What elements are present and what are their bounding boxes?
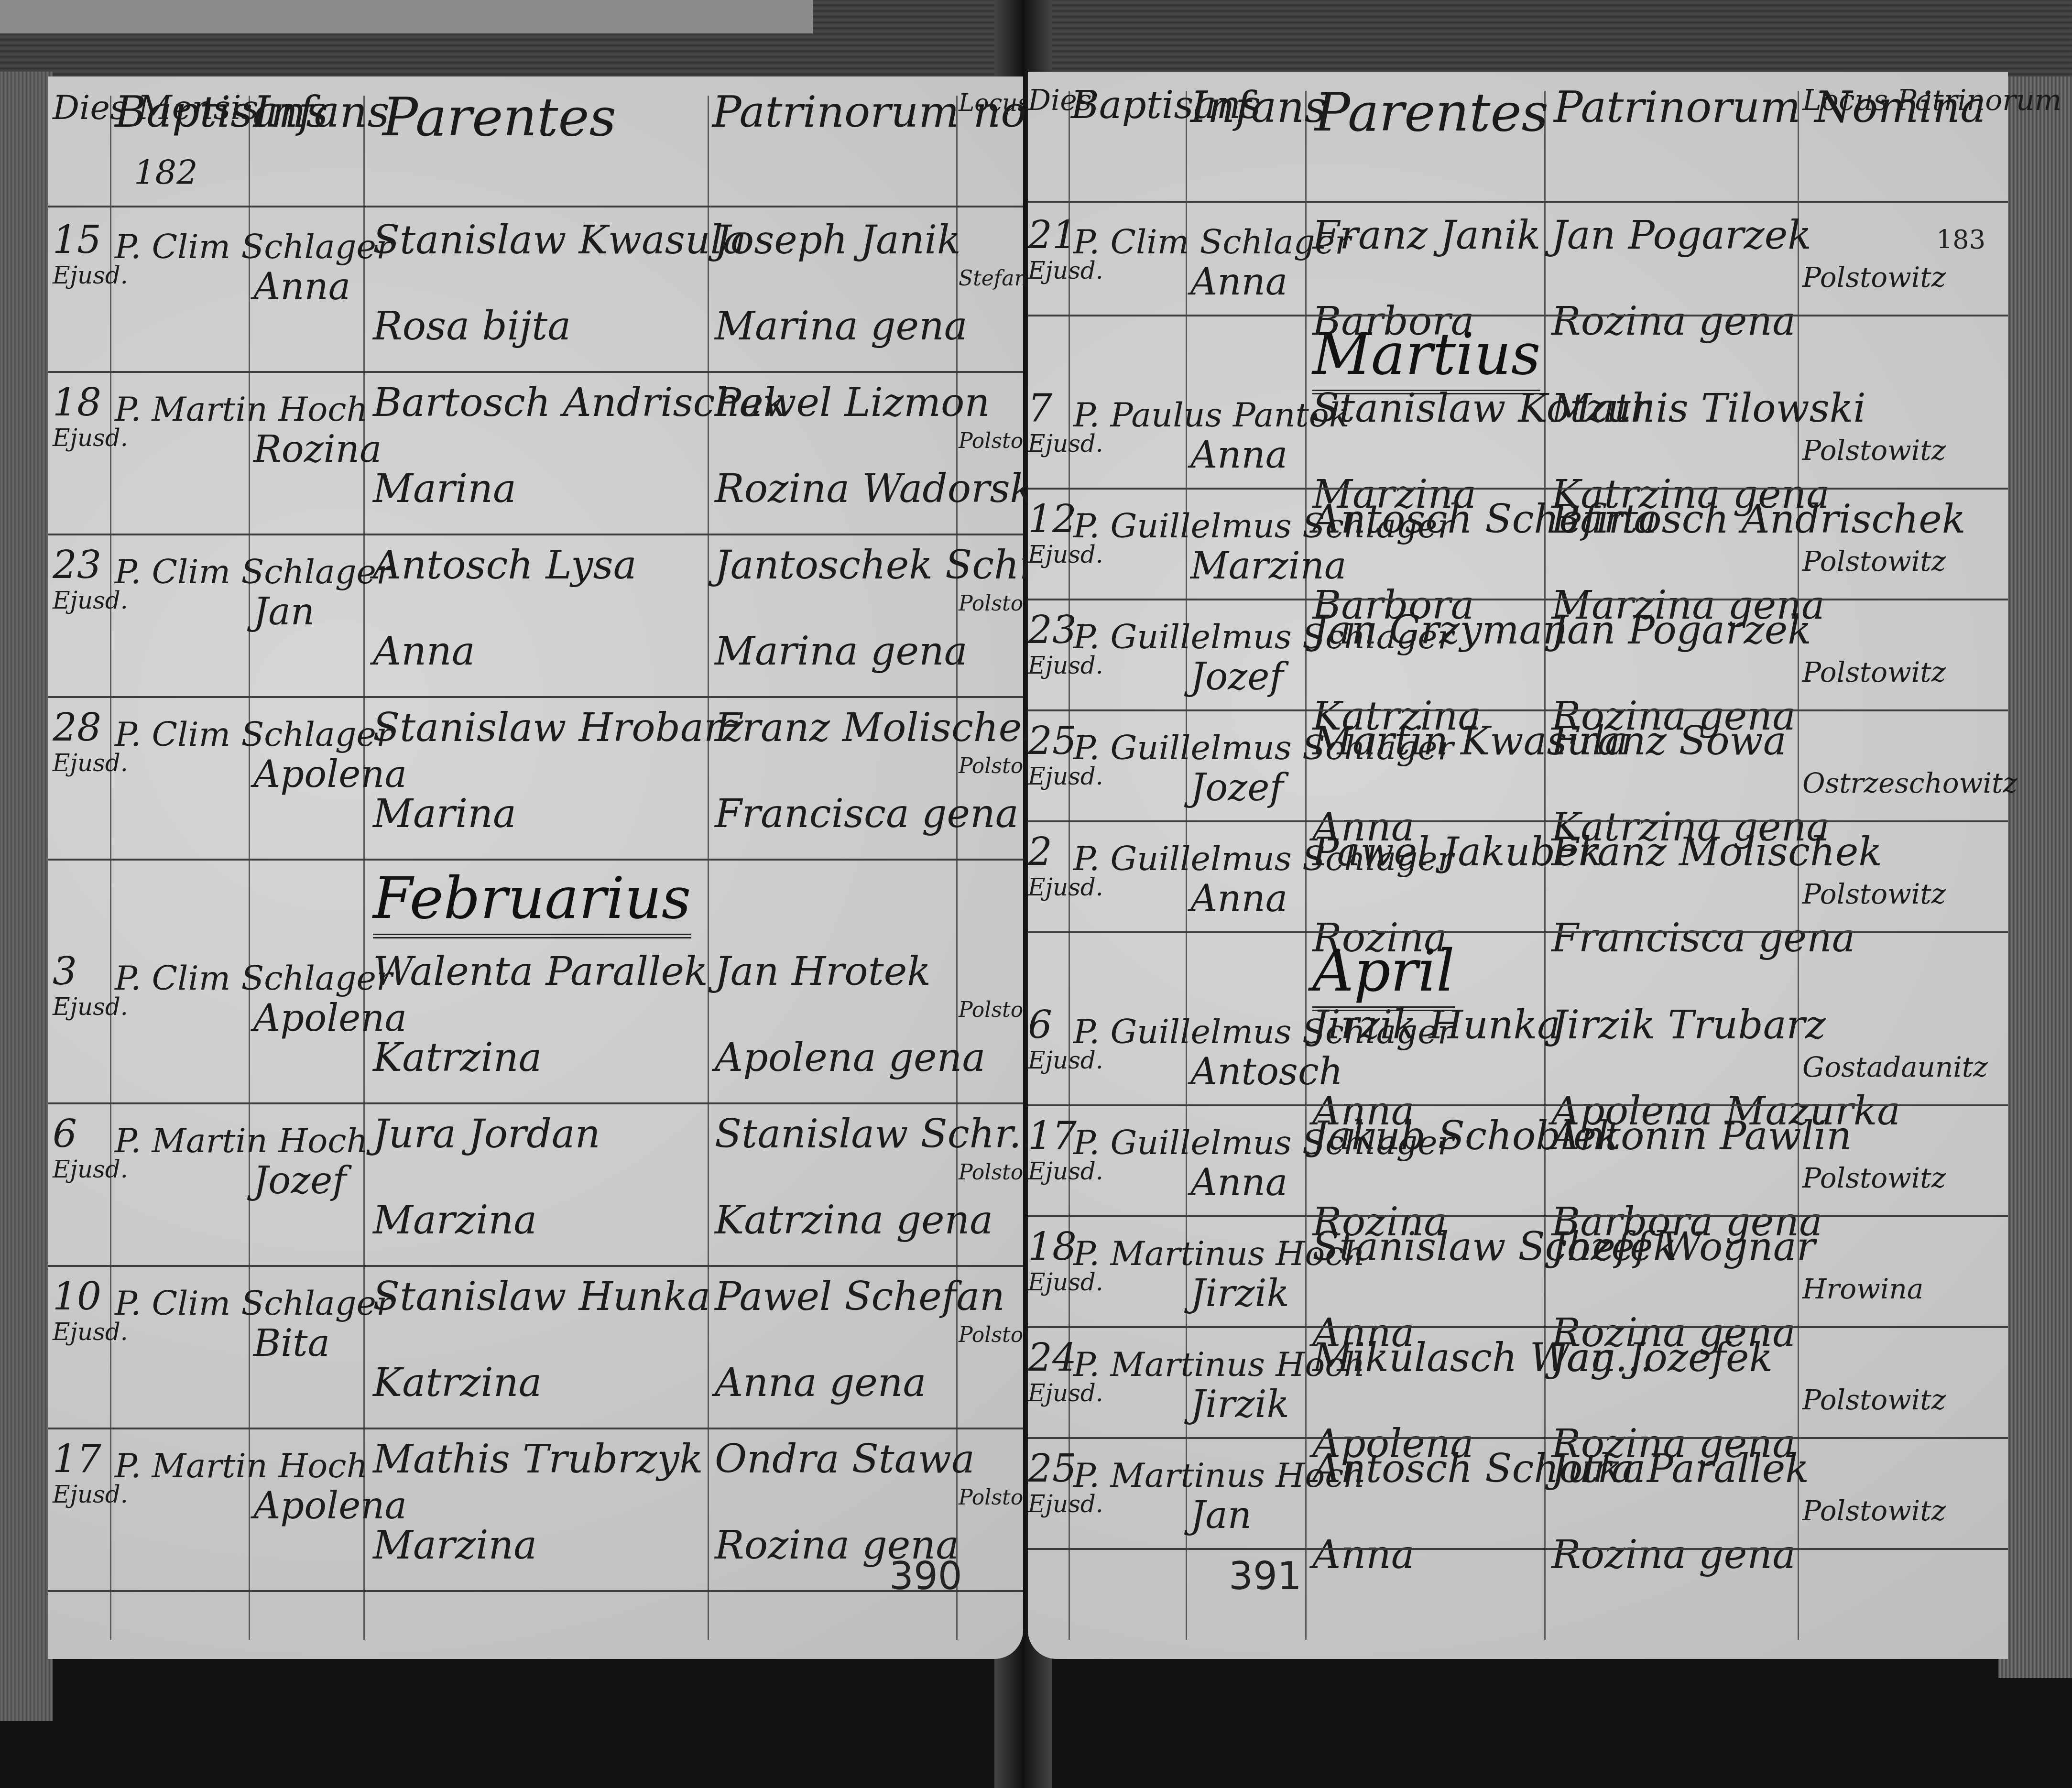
entry-father: Stanislaw Hunka — [373, 1276, 710, 1318]
entry-baptisans: P. Paulus Pantok — [1073, 398, 1349, 433]
entry-godparent-2: Marina gena — [715, 631, 968, 672]
row-rule — [48, 206, 1023, 207]
entry-godparent-2: Apolena gena — [715, 1037, 985, 1079]
entry-month: Ejusd. — [1028, 1270, 1103, 1295]
entry-baptisans: P. Martin Hoch — [115, 392, 368, 427]
register-entry: 25Ejusd.P. Martinus HochJanAntosch Schot… — [1028, 1439, 2008, 1550]
entry-baptisans: P. Clim Schlager — [115, 229, 392, 265]
entry-godparent-1: Stanislaw Schr... — [715, 1114, 1047, 1155]
entry-mother: Anna — [373, 631, 475, 672]
entry-date: 10 — [53, 1276, 101, 1317]
entry-infant: Jan — [253, 593, 315, 632]
entry-infant: Apolena — [253, 755, 407, 795]
book-fore-edge-right — [1998, 76, 2072, 1678]
entry-godparent-2: Anna gena — [715, 1363, 927, 1404]
row-rule — [1028, 1548, 2008, 1550]
entry-infant: Jozef — [1190, 769, 1283, 808]
register-entry: 7Ejusd.P. Paulus PantokAnnaStanislaw Kot… — [1028, 379, 2008, 490]
row-rule — [1028, 201, 2008, 203]
register-entry: 3Ejusd.P. Clim SchlagerApolenaWalenta Pa… — [48, 942, 1023, 1104]
entry-date: 25 — [1028, 721, 1077, 761]
entry-date: 3 — [53, 951, 77, 992]
entry-godparent-1: Joseph Janik — [715, 220, 961, 261]
entry-locus: Gostadaunitz — [1802, 1053, 1988, 1082]
entry-baptisans: P. Clim Schlager — [115, 555, 392, 590]
entry-month: Ejusd. — [1028, 1048, 1103, 1073]
entry-month: Ejusd. — [53, 1157, 128, 1182]
entry-date: 18 — [53, 382, 101, 423]
entry-godparent-1: Jan Jozefek — [1551, 1338, 1773, 1379]
entry-month: Ejusd. — [1028, 431, 1103, 457]
entry-godparent-1: Pawel Schefan — [715, 1276, 1005, 1318]
entry-infant: Marzina — [1190, 547, 1346, 586]
entry-godparent-2: Rozina gena — [1551, 301, 1796, 342]
entry-locus: Ostrzeschowitz — [1802, 769, 2017, 798]
entry-date: 24 — [1028, 1338, 1077, 1378]
entry-godparent-2: Rozina Wadorska — [715, 469, 1057, 510]
entry-month: Ejusd. — [53, 751, 128, 776]
register-entry: 17Ejusd.P. Martin HochApolenaMathis Trub… — [48, 1429, 1023, 1592]
entry-father: Walenta Parallek — [373, 951, 708, 992]
entry-infant: Jozef — [1190, 658, 1283, 697]
entry-locus: Polstowitz — [1802, 880, 1946, 909]
entry-date: 2 — [1028, 832, 1052, 872]
entry-date: 18 — [1028, 1227, 1077, 1267]
entry-godparent-1: Pawel Lizmon — [715, 382, 990, 424]
entry-godparent-1: Franz Molischek — [1551, 832, 1882, 873]
entry-mother: Katrzina — [373, 1363, 542, 1404]
header-parentes: Parentes — [382, 91, 616, 143]
entry-godparent-1: Bartosch Andrischek — [1551, 499, 1966, 540]
entry-father: Jirzik Hunka — [1312, 1005, 1560, 1046]
entry-godparent-1: Jan Pogarzek — [1551, 215, 1811, 256]
header-parentes: Parentes — [1315, 86, 1549, 139]
entry-infant: Rozina — [253, 430, 382, 469]
entry-month: Ejusd. — [1028, 764, 1103, 789]
entry-mother: Marzina — [373, 1200, 537, 1241]
row-rule — [1028, 315, 2008, 316]
folio-number: 182 — [134, 153, 198, 192]
entry-date: 6 — [1028, 1005, 1052, 1045]
entry-date: 7 — [1028, 388, 1052, 428]
entry-godparent-1: Jan Pogarzek — [1551, 610, 1811, 651]
entry-infant: Bita — [253, 1324, 330, 1363]
entry-locus: Polstowitz — [1802, 658, 1946, 687]
register-entry: 21Ejusd.P. Clim SchlagerAnnaFranz JanikB… — [1028, 206, 2008, 316]
entry-date: 21 — [1028, 215, 1077, 255]
entry-infant: Apolena — [253, 999, 407, 1038]
entry-date: 6 — [53, 1114, 77, 1154]
entry-locus: Hrowina — [1802, 1275, 1923, 1304]
entry-month: Ejusd. — [53, 425, 128, 451]
entry-baptisans: P. Clim Schlager — [115, 717, 392, 752]
entry-baptisans: P. Clim Schlager — [115, 1286, 392, 1321]
register-entry: 10Ejusd.P. Clim SchlagerBitaStanislaw Hu… — [48, 1267, 1023, 1429]
entry-infant: Anna — [1190, 1164, 1287, 1203]
entry-date: 28 — [53, 708, 101, 748]
entry-month: Ejusd. — [1028, 258, 1103, 283]
entry-godparent-1: Mathis Tilowski — [1551, 388, 1866, 429]
loose-paper-strip — [0, 0, 813, 33]
register-entry: 28Ejusd.P. Clim SchlagerApolenaStanislaw… — [48, 698, 1023, 861]
row-rule — [48, 1590, 1023, 1592]
entry-baptisans: P. Martin Hoch — [115, 1123, 368, 1159]
register-entry: 15Ejusd.P. Clim SchlagerAnnaStanislaw Kw… — [48, 210, 1023, 373]
entry-infant: Antosch — [1190, 1053, 1343, 1092]
entry-locus: Polstowitz — [1802, 263, 1946, 292]
entry-locus: Polstowitz — [1802, 1164, 1946, 1193]
entry-godparent-1: Franz Molischek — [715, 708, 1046, 749]
entry-locus: Polstowitz — [1802, 547, 1946, 576]
month-heading: Februarius — [373, 865, 691, 938]
entry-locus: Polstowitz — [1802, 436, 1946, 465]
entry-mother: Marina — [373, 469, 516, 510]
entry-infant: Apolena — [253, 1487, 407, 1526]
entry-baptisans: P. Clim Schlager — [115, 961, 392, 996]
entry-godparent-1: Jantoschek Schnik — [715, 545, 1081, 586]
entry-locus: Polstowitz — [1802, 1496, 1946, 1526]
entry-month: Ejusd. — [53, 263, 128, 288]
entry-godparent-2: Francisca gena — [1551, 918, 1855, 959]
entry-date: 23 — [53, 545, 101, 585]
register-entry: 12Ejusd.P. Guillelmus SchlagerMarzinaAnt… — [1028, 490, 2008, 600]
entry-date: 17 — [53, 1439, 101, 1479]
entry-infant: Jirzik — [1190, 1385, 1289, 1425]
entry-godparent-1: Franz Sowa — [1551, 721, 1787, 762]
header-locus: Locus Patrinorum — [1802, 86, 2062, 115]
entry-godparent-2: Marina gena — [715, 306, 968, 347]
entry-godparent-2: Katrzina gena — [715, 1200, 993, 1241]
entry-date: 25 — [1028, 1449, 1077, 1489]
right-page: Dies Baptisans Infans Parentes Patrinoru… — [1028, 72, 2008, 1659]
entry-mother: Marzina — [373, 1525, 537, 1566]
page-number: 391 — [1229, 1554, 1302, 1598]
row-rule — [1028, 931, 2008, 933]
entry-mother: Rosa bijta — [373, 306, 571, 347]
entry-month: Ejusd. — [53, 588, 128, 613]
entry-father: Franz Janik — [1312, 215, 1541, 256]
entry-infant: Jozef — [253, 1162, 346, 1201]
entry-infant: Anna — [1190, 436, 1287, 475]
entry-month: Ejusd. — [1028, 1381, 1103, 1406]
register-entry: 2Ejusd.P. Guillelmus SchlagerAnnaPawel J… — [1028, 822, 2008, 933]
entry-godparent-1: Antonin Pawlin — [1551, 1116, 1852, 1157]
entry-mother: Marina — [373, 794, 516, 835]
entry-month: Ejusd. — [53, 994, 128, 1020]
entry-baptisans: P. Clim Schlager — [1073, 225, 1351, 260]
register-entry: 17Ejusd.P. Guillelmus SchlagerAnnaJakub … — [1028, 1106, 2008, 1217]
register-entry: 18Ejusd.P. Martin HochRozinaBartosch And… — [48, 373, 1023, 535]
entry-date: 23 — [1028, 610, 1077, 650]
register-entry: 24Ejusd.P. Martinus HochJirzikMikulasch … — [1028, 1328, 2008, 1439]
entry-month: Ejusd. — [1028, 875, 1103, 900]
entry-father: Mathis Trubrzyk — [373, 1439, 703, 1480]
entry-infant: Jirzik — [1190, 1275, 1289, 1314]
entry-infant: Anna — [253, 268, 350, 307]
register-entry: 25Ejusd.P. Guillelmus SchlagerJozefMarti… — [1028, 711, 2008, 822]
header-infans: Infans — [1190, 86, 1327, 129]
entry-month: Ejusd. — [53, 1482, 128, 1507]
entry-father: Stanislaw Kwasula — [373, 220, 746, 261]
entry-godparent-1: Jirzik Trubarz — [1551, 1005, 1826, 1046]
register-entry: 23Ejusd.P. Guillelmus SchlagerJozefJan G… — [1028, 600, 2008, 711]
entry-month: Ejusd. — [1028, 653, 1103, 678]
entry-godparent-1: Jozef Wognar — [1551, 1227, 1815, 1268]
entry-infant: Jan — [1190, 1496, 1252, 1536]
entry-locus: Polstowitz — [1802, 1385, 1946, 1415]
left-page: Dies Mensis Baptisans 182 Infans Parente… — [48, 76, 1023, 1659]
entry-date: 15 — [53, 220, 101, 260]
page-number: 390 — [889, 1554, 962, 1598]
entry-godparent-1: Ondra Stawa — [715, 1439, 975, 1480]
entry-godparent-1: Jan Hrotek — [715, 951, 931, 992]
register-entry: 18Ejusd.P. Martinus HochJirzikStanislaw … — [1028, 1217, 2008, 1328]
entry-father: Antosch Lysa — [373, 545, 637, 586]
entry-godparent-2: Rozina gena — [1551, 1535, 1796, 1576]
header-infans: Infans — [253, 91, 390, 134]
entry-month: Ejusd. — [1028, 542, 1103, 567]
entry-infant: Anna — [1190, 263, 1287, 302]
entry-mother: Katrzina — [373, 1037, 542, 1079]
entry-mother: Anna — [1312, 1535, 1415, 1576]
book-fore-edge-left — [0, 72, 53, 1721]
entry-godparent-1: Jura Parallek — [1551, 1449, 1809, 1490]
register-entry: 6Ejusd.P. Martin HochJozefJura JordanMar… — [48, 1104, 1023, 1267]
register-entry: 6Ejusd.P. Guillelmus SchlagerAntoschJirz… — [1028, 995, 2008, 1106]
register-entry: 23Ejusd.P. Clim SchlagerJanAntosch LysaA… — [48, 535, 1023, 698]
entry-father: Jura Jordan — [373, 1114, 600, 1155]
entry-father: Jan Grzyman — [1312, 610, 1568, 651]
entry-godparent-2: Francisca gena — [715, 794, 1019, 835]
entry-infant: Anna — [1190, 880, 1287, 919]
entry-father: Stanislaw Hrobarz — [373, 708, 743, 749]
entry-baptisans: P. Martin Hoch — [115, 1449, 368, 1484]
entry-date: 17 — [1028, 1116, 1077, 1156]
entry-month: Ejusd. — [1028, 1492, 1103, 1517]
entry-month: Ejusd. — [1028, 1159, 1103, 1184]
entry-date: 12 — [1028, 499, 1077, 539]
entry-month: Ejusd. — [53, 1319, 128, 1345]
row-rule — [48, 859, 1023, 861]
